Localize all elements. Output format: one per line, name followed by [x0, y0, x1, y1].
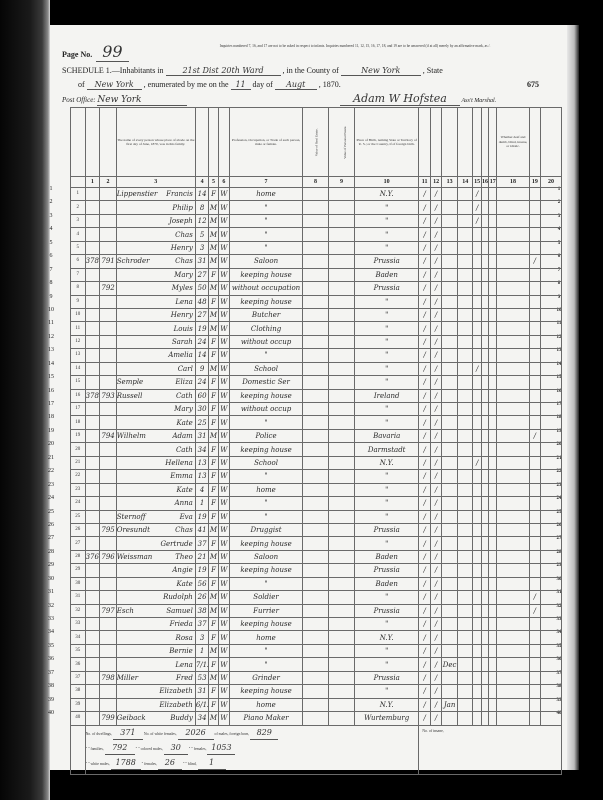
dwelling-number — [85, 685, 100, 698]
given-name: Bernie — [169, 645, 195, 657]
real-estate-value — [302, 349, 328, 362]
family-number: 799 — [100, 712, 117, 725]
family-number — [100, 188, 117, 201]
father-foreign: / — [419, 214, 430, 227]
given-name: Francis — [166, 188, 195, 200]
dwelling-number — [85, 282, 100, 295]
real-estate-value — [302, 685, 328, 698]
real-estate-value — [302, 550, 328, 563]
age: 24 — [195, 335, 209, 348]
born-in-year: Dec — [442, 658, 458, 671]
birthplace: " — [354, 214, 418, 227]
line-number: 26 — [71, 523, 86, 536]
personal-estate-value — [328, 255, 354, 268]
sex: F — [209, 510, 218, 523]
personal-estate-value — [328, 429, 354, 442]
table-row: 13Amelia14FW""// — [71, 349, 562, 362]
male-citizen — [529, 268, 540, 281]
birthplace: " — [354, 349, 418, 362]
cannot-read — [481, 644, 488, 657]
age: 27 — [195, 308, 209, 321]
birthplace: " — [354, 201, 418, 214]
marshal-label: Ass't Marshal. — [462, 98, 497, 104]
line-number: 4 — [44, 223, 58, 236]
cannot-read — [481, 604, 488, 617]
person-name: Kate — [116, 577, 195, 590]
vote-denied — [541, 523, 562, 536]
vote-denied — [541, 295, 562, 308]
occupation: keeping house — [230, 564, 303, 577]
personal-estate-value — [328, 349, 354, 362]
father-foreign: / — [419, 255, 430, 268]
color: W — [218, 295, 229, 308]
family-number: 792 — [100, 282, 117, 295]
mother-foreign: / — [430, 510, 441, 523]
mother-foreign: / — [430, 550, 441, 563]
age: 31 — [195, 429, 209, 442]
cannot-read — [481, 241, 488, 254]
disability — [497, 604, 529, 617]
table-row: 2Philip8MW""/// — [71, 201, 562, 214]
person-name: Lena — [116, 295, 195, 308]
cannot-read — [481, 456, 488, 469]
father-foreign: / — [419, 604, 430, 617]
male-citizen — [529, 335, 540, 348]
cannot-read — [481, 335, 488, 348]
col-num: 1 — [85, 177, 100, 188]
vote-denied — [541, 322, 562, 335]
col-num: 7 — [230, 177, 303, 188]
given-name: Mary — [174, 403, 195, 415]
attended-school — [473, 644, 481, 657]
cannot-write — [489, 282, 497, 295]
attended-school — [473, 591, 481, 604]
male-citizen — [529, 658, 540, 671]
insane-block: No. of insane, — [419, 725, 562, 774]
birthplace: " — [354, 470, 418, 483]
dwelling-number — [85, 308, 100, 321]
line-number: 20 — [44, 438, 58, 451]
vote-denied — [541, 228, 562, 241]
col-num: 4 — [195, 177, 209, 188]
col-num: 11 — [419, 177, 430, 188]
line-number: 37 — [44, 667, 58, 680]
vote-denied — [541, 335, 562, 348]
sex: F — [209, 456, 218, 469]
born-in-year — [442, 470, 458, 483]
born-in-year — [442, 188, 458, 201]
color: W — [218, 577, 229, 590]
real-estate-value — [302, 362, 328, 375]
age: 24 — [195, 376, 209, 389]
cannot-write — [489, 712, 497, 725]
person-name: WilhelmAdam — [116, 429, 195, 442]
col-header-10: Place of Birth, naming State or Territor… — [354, 108, 418, 177]
post-office-label: Post Office: — [62, 96, 96, 104]
person-name: Anna — [116, 497, 195, 510]
personal-estate-value — [328, 497, 354, 510]
person-name: Mary — [116, 268, 195, 281]
family-number — [100, 214, 117, 227]
table-row: 23Kate4FWhome"// — [71, 483, 562, 496]
left-line-numbers: 1234567891011121314151617181920212223242… — [44, 183, 58, 721]
cannot-write — [489, 577, 497, 590]
given-name: Fred — [176, 672, 195, 684]
insane-label: No. of insane, — [419, 726, 561, 736]
birthplace: Prussia — [354, 564, 418, 577]
white-males-count: 1788 — [111, 756, 141, 770]
table-row: 33Frieda37FWkeeping house"// — [71, 618, 562, 631]
disability — [497, 214, 529, 227]
attended-school — [473, 268, 481, 281]
male-citizen — [529, 228, 540, 241]
born-in-year — [442, 497, 458, 510]
mother-foreign: / — [430, 268, 441, 281]
birthplace: Bavaria — [354, 429, 418, 442]
birthplace: " — [354, 685, 418, 698]
given-name: Frieda — [170, 618, 195, 630]
vote-denied — [541, 712, 562, 725]
line-number: 12 — [44, 331, 58, 344]
given-name: Lena — [175, 296, 194, 308]
cannot-write — [489, 497, 497, 510]
surname: Miller — [117, 674, 138, 682]
personal-estate-value — [328, 523, 354, 536]
attended-school — [473, 470, 481, 483]
person-name: WeissmanTheo — [116, 550, 195, 563]
occupation: Clothing — [230, 322, 303, 335]
person-name: Carl — [116, 362, 195, 375]
dwelling-number — [85, 483, 100, 496]
attended-school — [473, 523, 481, 536]
born-in-year — [442, 483, 458, 496]
col-header-16: Cannot read. — [481, 108, 488, 177]
occupation: " — [230, 497, 303, 510]
family-number — [100, 618, 117, 631]
dwelling-number — [85, 523, 100, 536]
sex: F — [209, 537, 218, 550]
occupation: keeping house — [230, 685, 303, 698]
attended-school: / — [473, 188, 481, 201]
vote-denied — [541, 497, 562, 510]
father-foreign: / — [419, 564, 430, 577]
marshal-line: Adam W Hofstea Ass't Marshal. — [340, 92, 496, 106]
cannot-write — [489, 443, 497, 456]
col-header-19: Male Citizens of U. S. of 21 years of ag… — [529, 108, 540, 177]
personal-estate-value — [328, 483, 354, 496]
father-foreign: / — [419, 685, 430, 698]
cannot-read — [481, 362, 488, 375]
line-number: 17 — [44, 398, 58, 411]
cannot-read — [481, 295, 488, 308]
age: 7/12 — [195, 658, 209, 671]
person-name: Sarah — [116, 335, 195, 348]
cannot-read — [481, 308, 488, 321]
married-in-year — [457, 523, 473, 536]
cannot-read — [481, 322, 488, 335]
mother-foreign: / — [430, 362, 441, 375]
married-in-year — [457, 604, 473, 617]
male-citizen — [529, 322, 540, 335]
father-foreign: / — [419, 577, 430, 590]
mother-foreign: / — [430, 658, 441, 671]
line-number: 17 — [71, 403, 86, 416]
mother-foreign: / — [430, 456, 441, 469]
birthplace: Baden — [354, 577, 418, 590]
married-in-year — [457, 456, 473, 469]
personal-estate-value — [328, 712, 354, 725]
attended-school — [473, 658, 481, 671]
given-name: Samuel — [166, 605, 195, 617]
col-num: 12 — [430, 177, 441, 188]
line-number: 37 — [71, 671, 86, 684]
sex: F — [209, 389, 218, 402]
vote-denied — [541, 429, 562, 442]
personal-estate-value — [328, 403, 354, 416]
born-in-year — [442, 631, 458, 644]
male-citizen: / — [529, 591, 540, 604]
age: 4 — [195, 483, 209, 496]
dwelling-number — [85, 443, 100, 456]
county-label: , in the County of — [283, 66, 339, 75]
given-name: Anna — [175, 497, 195, 509]
dwelling-number — [85, 416, 100, 429]
mother-foreign: / — [430, 523, 441, 536]
occupation: School — [230, 362, 303, 375]
line-number: 18 — [71, 416, 86, 429]
real-estate-value — [302, 631, 328, 644]
table-row: 3Joseph12MW""/// — [71, 214, 562, 227]
line-number: 27 — [71, 537, 86, 550]
occupation: Saloon — [230, 255, 303, 268]
cannot-read — [481, 429, 488, 442]
cannot-write — [489, 335, 497, 348]
family-number — [100, 698, 117, 711]
vote-denied — [541, 671, 562, 684]
father-foreign: / — [419, 523, 430, 536]
born-in-year — [442, 295, 458, 308]
age: 38 — [195, 604, 209, 617]
dwelling-number — [85, 497, 100, 510]
instructions-note: Inquiries numbered 7, 16, and 17 are not… — [160, 44, 550, 49]
male-citizen — [529, 550, 540, 563]
attended-school — [473, 255, 481, 268]
male-citizen: / — [529, 429, 540, 442]
cannot-write — [489, 456, 497, 469]
disability — [497, 456, 529, 469]
surname: Schroder — [117, 257, 150, 265]
line-number: 22 — [44, 465, 58, 478]
table-row: 25SternoffEva19FW""// — [71, 510, 562, 523]
line-number: 5 — [44, 237, 58, 250]
birthplace: " — [354, 510, 418, 523]
attended-school — [473, 685, 481, 698]
cannot-write — [489, 255, 497, 268]
line-number: 36 — [44, 653, 58, 666]
cannot-write — [489, 604, 497, 617]
male-citizen — [529, 201, 540, 214]
cannot-write — [489, 389, 497, 402]
sex: M — [209, 228, 218, 241]
married-in-year — [457, 201, 473, 214]
cannot-write — [489, 644, 497, 657]
given-name: Myles — [172, 282, 195, 294]
surname: Russell — [117, 392, 143, 400]
age: 5 — [195, 228, 209, 241]
disability — [497, 591, 529, 604]
sex: M — [209, 201, 218, 214]
occupation: without occupation — [230, 282, 303, 295]
cannot-write — [489, 483, 497, 496]
person-name: GeibackBuddy — [116, 712, 195, 725]
line-number: 31 — [44, 586, 58, 599]
given-name: Kate — [176, 417, 194, 429]
given-name: Adam — [172, 430, 194, 442]
given-name: Hellena — [165, 457, 195, 469]
surname: Esch — [117, 607, 134, 615]
line-number: 22 — [71, 470, 86, 483]
sex: M — [209, 523, 218, 536]
family-number — [100, 308, 117, 321]
family-number — [100, 241, 117, 254]
father-foreign: / — [419, 295, 430, 308]
line-number: 5 — [71, 241, 86, 254]
person-name: Myles — [116, 282, 195, 295]
father-foreign: / — [419, 456, 430, 469]
attended-school — [473, 282, 481, 295]
line-number: 2 — [71, 201, 86, 214]
family-number — [100, 362, 117, 375]
age: 1 — [195, 644, 209, 657]
line-number: 16 — [71, 389, 86, 402]
real-estate-value — [302, 295, 328, 308]
table-row: 17Mary30FWwithout occup"// — [71, 403, 562, 416]
personal-estate-value — [328, 362, 354, 375]
sex: M — [209, 604, 218, 617]
cannot-write — [489, 591, 497, 604]
disability — [497, 523, 529, 536]
col-header-1: Dwelling-houses, numbered in the order o… — [85, 108, 100, 177]
col-num: 14 — [457, 177, 473, 188]
given-name: Chas — [175, 255, 195, 267]
table-row: 39Elizabeth6/12FWhomeN.Y.//Jan — [71, 698, 562, 711]
cannot-read — [481, 550, 488, 563]
married-in-year — [457, 443, 473, 456]
age: 31 — [195, 685, 209, 698]
vote-denied — [541, 631, 562, 644]
married-in-year — [457, 308, 473, 321]
sex: F — [209, 268, 218, 281]
age: 3 — [195, 631, 209, 644]
married-in-year — [457, 470, 473, 483]
color: W — [218, 537, 229, 550]
cannot-write — [489, 698, 497, 711]
father-foreign: / — [419, 631, 430, 644]
personal-estate-value — [328, 188, 354, 201]
vote-denied — [541, 416, 562, 429]
families-count: 792 — [105, 741, 135, 755]
attended-school — [473, 550, 481, 563]
married-in-year — [457, 295, 473, 308]
real-estate-value — [302, 335, 328, 348]
person-name: Louis — [116, 322, 195, 335]
birthplace: " — [354, 376, 418, 389]
sex: F — [209, 349, 218, 362]
birthplace: Darmstadt — [354, 443, 418, 456]
given-name: Joseph — [169, 215, 195, 227]
totals-block: No. of dwellings, 371 No. of white femal… — [85, 725, 419, 774]
male-citizen — [529, 712, 540, 725]
age: 41 — [195, 523, 209, 536]
attended-school — [473, 604, 481, 617]
line-number: 33 — [44, 613, 58, 626]
born-in-year: Jan — [442, 698, 458, 711]
person-name: Mary — [116, 403, 195, 416]
attended-school: / — [473, 214, 481, 227]
family-number — [100, 416, 117, 429]
born-in-year — [442, 214, 458, 227]
cannot-write — [489, 228, 497, 241]
mother-foreign: / — [430, 671, 441, 684]
cannot-read — [481, 698, 488, 711]
table-row: 15SempleEliza24FWDomestic Ser"// — [71, 376, 562, 389]
col-header-8: Value of Real Estate. — [302, 108, 328, 177]
dwelling-number — [85, 295, 100, 308]
disability — [497, 295, 529, 308]
birthplace: " — [354, 403, 418, 416]
age: 27 — [195, 268, 209, 281]
dwelling-number — [85, 188, 100, 201]
person-name: EschSamuel — [116, 604, 195, 617]
line-number: 28 — [71, 550, 86, 563]
disability — [497, 443, 529, 456]
stamp-number: 675 — [527, 80, 539, 89]
age: 34 — [195, 443, 209, 456]
given-name: Emma — [170, 470, 195, 482]
color: W — [218, 510, 229, 523]
male-citizen — [529, 577, 540, 590]
cannot-read — [481, 523, 488, 536]
vote-denied — [541, 685, 562, 698]
male-citizen — [529, 618, 540, 631]
color: W — [218, 322, 229, 335]
dwelling-number — [85, 564, 100, 577]
given-name: Rosa — [176, 632, 195, 644]
color: W — [218, 523, 229, 536]
sex: M — [209, 644, 218, 657]
father-foreign: / — [419, 497, 430, 510]
personal-estate-value — [328, 376, 354, 389]
disability — [497, 322, 529, 335]
line-number: 32 — [71, 604, 86, 617]
father-foreign: / — [419, 308, 430, 321]
col-num: 17 — [489, 177, 497, 188]
attended-school — [473, 564, 481, 577]
dwelling-number — [85, 322, 100, 335]
attended-school — [473, 241, 481, 254]
born-in-year — [442, 268, 458, 281]
occupation: without occup — [230, 403, 303, 416]
male-citizen — [529, 631, 540, 644]
married-in-year — [457, 631, 473, 644]
dwelling-number: 376 — [85, 550, 100, 563]
born-in-year — [442, 322, 458, 335]
male-citizen — [529, 376, 540, 389]
line-number: 24 — [44, 492, 58, 505]
line-number: 29 — [71, 564, 86, 577]
vote-denied — [541, 188, 562, 201]
col-header-13: If born within the year, state month. — [442, 108, 458, 177]
